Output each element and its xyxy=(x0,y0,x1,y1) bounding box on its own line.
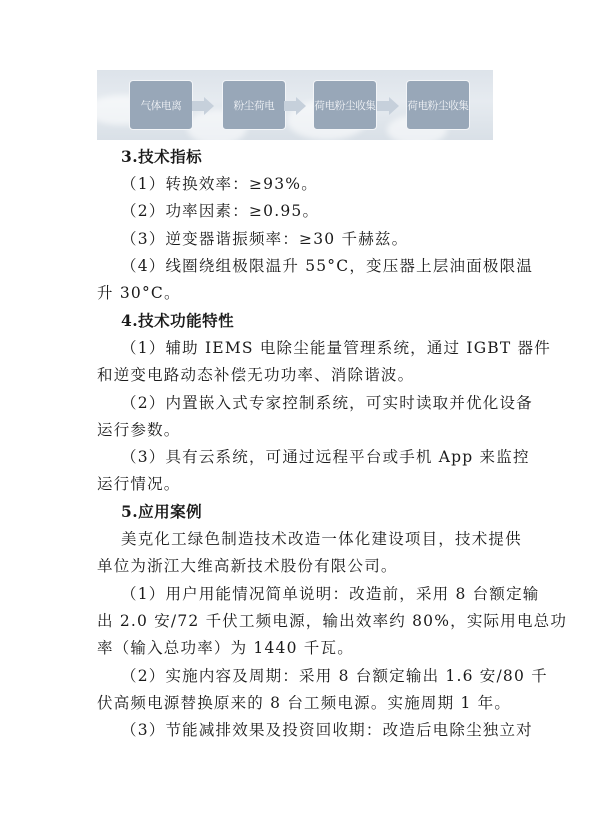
case-intro-line1: 美克化工绿色制造技术改造一体化建设项目，技术提供 xyxy=(121,529,497,549)
arrow-right-icon xyxy=(389,97,399,115)
case-usage-line1: （1）用户用能情况简单说明：改造前，采用 8 台额定输 xyxy=(121,584,497,604)
case-intro-line2: 单位为浙江大维高新技术股份有限公司。 xyxy=(97,556,497,576)
case-savings-line1: （3）节能减排效果及投资回收期：改造后电除尘独立对 xyxy=(121,720,497,740)
process-flow-diagram: 气体电离 粉尘荷电 荷电粉尘收集 荷电粉尘收集 xyxy=(97,70,493,140)
indicator-power-factor: （2）功率因素：≥0.95。 xyxy=(121,201,521,221)
section-heading-tech-indicators: 3.技术指标 xyxy=(121,147,521,167)
case-implementation-line1: （2）实施内容及周期：采用 8 台额定输出 1.6 安/80 千 xyxy=(121,666,497,686)
step-gas-ionization: 气体电离 xyxy=(129,80,193,130)
case-usage-line3: 率（输入总功率）为 1440 千瓦。 xyxy=(97,638,497,658)
arrow-right-icon xyxy=(204,97,214,115)
feature-expert-system-line2: 运行参数。 xyxy=(97,420,497,440)
step-charged-dust-collection-2: 荷电粉尘收集 xyxy=(406,80,470,130)
indicator-temperature-rise-line1: （4）线圈绕组极限温升 55°C，变压器上层油面极限温 xyxy=(121,256,497,276)
step-dust-charging: 粉尘荷电 xyxy=(222,80,286,130)
feature-iems-line1: （1）辅助 IEMS 电除尘能量管理系统，通过 IGBT 器件 xyxy=(121,338,497,358)
section-heading-features: 4.技术功能特性 xyxy=(121,311,521,331)
section-heading-case: 5.应用案例 xyxy=(121,502,521,522)
feature-expert-system-line1: （2）内置嵌入式专家控制系统，可实时读取并优化设备 xyxy=(121,393,497,413)
step-charged-dust-collection: 荷电粉尘收集 xyxy=(313,80,377,130)
case-usage-line2: 出 2.0 安/72 千伏工频电源，输出效率约 80%，实际用电总功 xyxy=(97,611,497,631)
feature-cloud-line2: 运行情况。 xyxy=(97,474,497,494)
case-implementation-line2: 伏高频电源替换原来的 8 台工频电源。实施周期 1 年。 xyxy=(97,693,497,713)
indicator-resonant-frequency: （3）逆变器谐振频率：≥30 千赫兹。 xyxy=(121,229,521,249)
indicator-conversion-efficiency: （1）转换效率：≥93%。 xyxy=(121,174,521,194)
feature-iems-line2: 和逆变电路动态补偿无功功率、消除谐波。 xyxy=(97,365,497,385)
indicator-temperature-rise-line2: 升 30°C。 xyxy=(97,283,497,303)
feature-cloud-line1: （3）具有云系统，可通过远程平台或手机 App 来监控 xyxy=(121,447,497,467)
arrow-right-icon xyxy=(296,97,306,115)
